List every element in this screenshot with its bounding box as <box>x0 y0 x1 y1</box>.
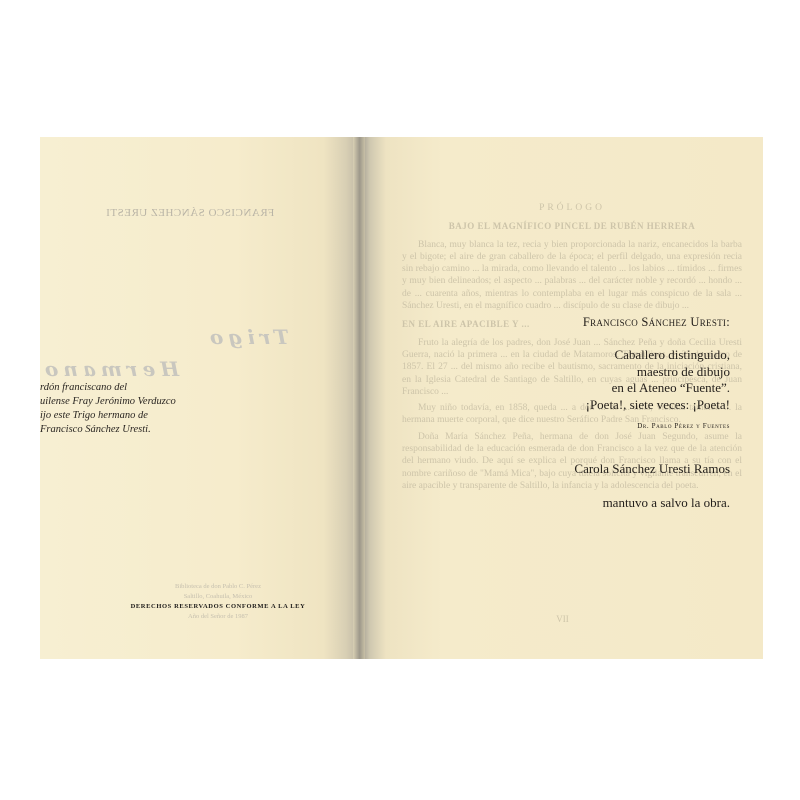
bleed-paragraph: Blanca, muy blanca la tez, recia y bien … <box>402 239 742 313</box>
colophon-line: Biblioteca de don Pablo C. Pérez <box>118 582 318 592</box>
dedication: rdón franciscano del uilense Fray Jeróni… <box>40 381 176 437</box>
folio-bleed: VII <box>362 614 763 624</box>
dedication-line: uilense Fray Jerónimo Verduzco <box>40 395 176 409</box>
poem: Caballero distinguido, maestro de dibujo… <box>586 347 730 413</box>
title-word-2: Hermano <box>40 357 179 381</box>
title-word-1: Trigo <box>205 325 289 349</box>
dedication-line: Francisco Sánchez Uresti. <box>40 423 176 437</box>
dedication-line: ijo este Trigo hermano de <box>40 409 176 423</box>
poem-line: ¡Poeta!, siete veces: ¡Poeta! <box>586 397 730 414</box>
left-page: FRANCISCO SÁNCHEZ URESTI Trigo Hermano r… <box>40 137 362 659</box>
poem-line: Caballero distinguido, <box>586 347 730 364</box>
running-head-bleed: FRANCISCO SÁNCHEZ URESTI <box>40 207 340 219</box>
colophon-line: Saltillo, Coahuila, México <box>118 592 318 602</box>
signature: Dr. Pablo Pérez y Fuentes <box>637 422 730 430</box>
author-heading: Francisco Sánchez Uresti: <box>583 315 730 330</box>
dedication-line: rdón franciscano del <box>40 381 176 395</box>
colophon-line: Año del Señor de 1987 <box>118 612 318 622</box>
name-line: Carola Sánchez Uresti Ramos <box>574 461 730 477</box>
poem-line: maestro de dibujo <box>586 364 730 381</box>
right-page: PRÓLOGO BAJO EL MAGNÍFICO PINCEL DE RUBÉ… <box>362 137 763 659</box>
book-gutter <box>353 137 365 659</box>
colophon: Biblioteca de don Pablo C. Pérez Saltill… <box>118 582 318 622</box>
closing-line: mantuvo a salvo la obra. <box>603 495 730 511</box>
bleed-subheading: BAJO EL MAGNÍFICO PINCEL DE RUBÉN HERRER… <box>402 220 742 232</box>
bleed-heading: PRÓLOGO <box>402 202 742 214</box>
poem-line: en el Ateneo “Fuente”. <box>586 380 730 397</box>
rights-notice: DERECHOS RESERVADOS CONFORME A LA LEY <box>118 602 318 612</box>
